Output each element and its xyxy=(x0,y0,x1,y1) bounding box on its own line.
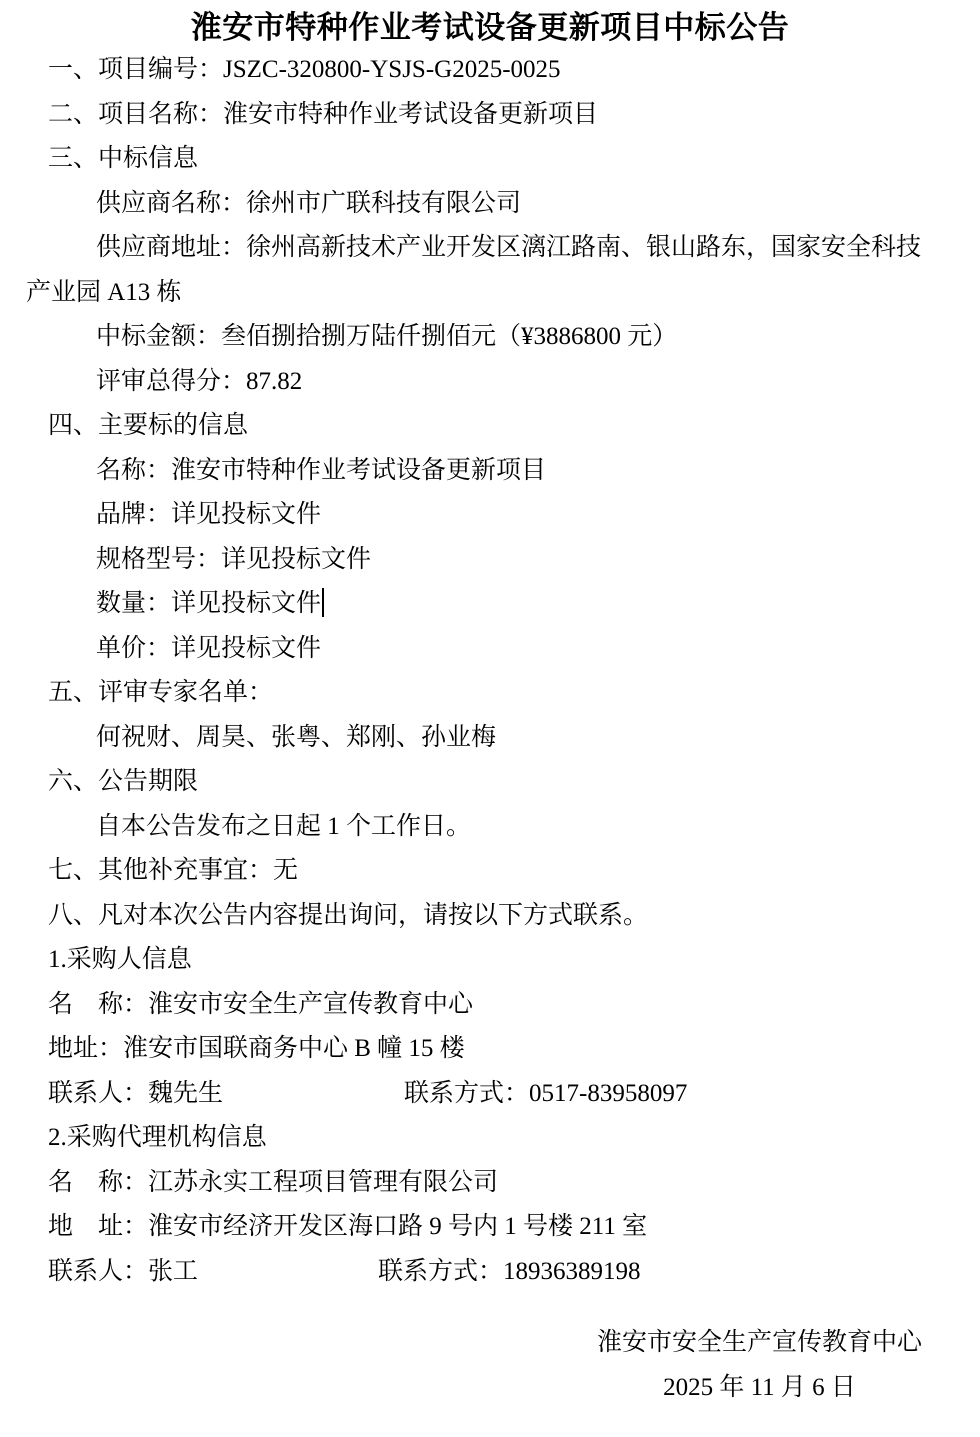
agency-contact-method: 联系方式：18936389198 xyxy=(378,1258,641,1285)
purchaser-contact-line: 联系人：魏先生联系方式：0517-83958097 xyxy=(0,1072,980,1117)
notice-period-heading: 六、公告期限 xyxy=(0,760,980,805)
quantity-text: 数量：详见投标文件 xyxy=(96,590,321,617)
agency-name-line: 名 称：江苏永实工程项目管理有限公司 xyxy=(0,1161,980,1206)
text-cursor xyxy=(322,588,324,617)
unit-price-line: 单价：详见投标文件 xyxy=(0,627,980,672)
experts-heading: 五、评审专家名单： xyxy=(0,671,980,716)
review-score-line: 评审总得分：87.82 xyxy=(0,360,980,405)
other-matters-line: 七、其他补充事宜：无 xyxy=(0,849,980,894)
signature-date: 2025 年 11 月 6 日 xyxy=(597,1366,922,1411)
subject-info-heading: 四、主要标的信息 xyxy=(0,404,980,449)
supplier-address-line-1: 供应商地址：徐州高新技术产业开发区漓江路南、银山路东，国家安全科技 xyxy=(0,226,980,271)
purchaser-address-line: 地址：淮安市国联商务中心 B 幢 15 楼 xyxy=(0,1027,980,1072)
supplier-name-line: 供应商名称：徐州市广联科技有限公司 xyxy=(0,182,980,227)
subject-name-line: 名称：淮安市特种作业考试设备更新项目 xyxy=(0,449,980,494)
project-name-line: 二、项目名称：淮安市特种作业考试设备更新项目 xyxy=(0,93,980,138)
announcement-title: 淮安市特种作业考试设备更新项目中标公告 xyxy=(0,8,980,48)
document-page[interactable]: 淮安市特种作业考试设备更新项目中标公告 一、项目编号：JSZC-320800-Y… xyxy=(0,0,980,1429)
supplier-address-line-2: 产业园 A13 栋 xyxy=(0,271,980,316)
notice-period-line: 自本公告发布之日起 1 个工作日。 xyxy=(0,805,980,850)
purchaser-name-line: 名 称：淮安市安全生产宣传教育中心 xyxy=(0,983,980,1028)
inquiry-note-line: 八、凡对本次公告内容提出询问，请按以下方式联系。 xyxy=(0,894,980,939)
signature-block: 淮安市安全生产宣传教育中心 2025 年 11 月 6 日 xyxy=(597,1321,922,1410)
purchaser-section-heading: 1.采购人信息 xyxy=(0,938,980,983)
signature-org: 淮安市安全生产宣传教育中心 xyxy=(597,1321,922,1366)
quantity-line: 数量：详见投标文件 xyxy=(0,582,980,627)
agency-section-heading: 2.采购代理机构信息 xyxy=(0,1116,980,1161)
spec-model-line: 规格型号：详见投标文件 xyxy=(0,538,980,583)
award-amount-line: 中标金额：叁佰捌拾捌万陆仟捌佰元（¥3886800 元） xyxy=(0,315,980,360)
purchaser-contact-method: 联系方式：0517-83958097 xyxy=(404,1080,687,1107)
experts-names-line: 何祝财、周昊、张粤、郑刚、孙业梅 xyxy=(0,716,980,761)
agency-contact-line: 联系人：张工联系方式：18936389198 xyxy=(0,1250,980,1295)
brand-line: 品牌：详见投标文件 xyxy=(0,493,980,538)
project-number-line: 一、项目编号：JSZC-320800-YSJS-G2025-0025 xyxy=(0,48,980,93)
award-info-heading: 三、中标信息 xyxy=(0,137,980,182)
agency-contact-person: 联系人：张工 xyxy=(48,1250,378,1295)
purchaser-contact-person: 联系人：魏先生 xyxy=(48,1072,404,1117)
agency-address-line: 地 址：淮安市经济开发区海口路 9 号内 1 号楼 211 室 xyxy=(0,1205,980,1250)
